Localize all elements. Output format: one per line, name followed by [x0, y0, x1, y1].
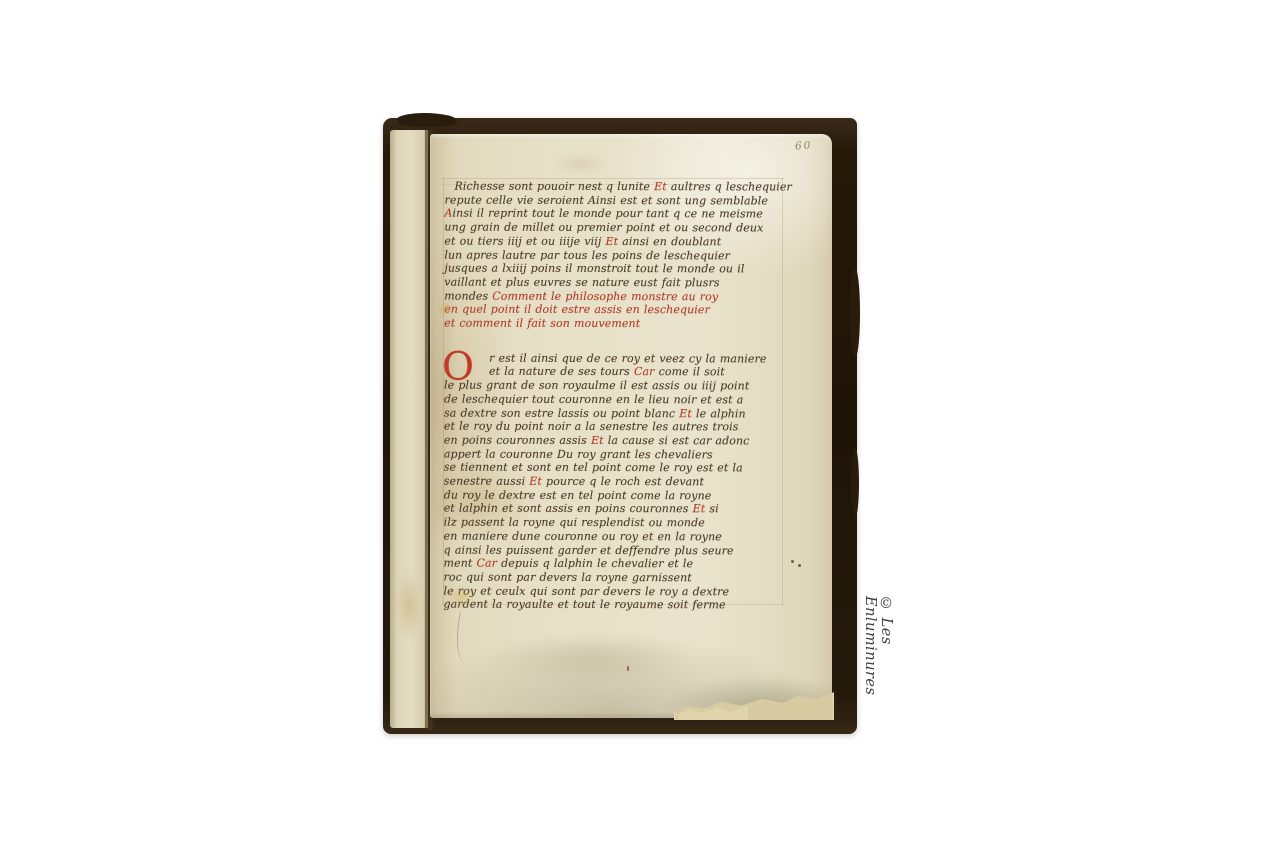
manuscript-line: le roy et ceulx qui sont par devers le r…: [443, 584, 783, 599]
paragraph-2: O r est il ainsi que de ce roy et veez c…: [443, 351, 784, 612]
rubric-text: Et: [693, 503, 706, 516]
ink-dot: [791, 560, 794, 563]
ink-text: ment: [444, 557, 477, 570]
manuscript-line: et comment il fait son mouvement: [444, 317, 784, 332]
ink-text: de leschequier tout couronne en le lieu …: [444, 392, 743, 406]
ink-text: r est il ainsi que de ce roy et veez cy …: [489, 351, 766, 365]
ink-text: ung grain de millet ou premier point et …: [444, 221, 763, 235]
rubric-text: A: [444, 207, 452, 220]
manuscript-line: en quel point il doit estre assis en les…: [444, 303, 784, 318]
ink-text: en poins couronnes assis: [444, 434, 591, 447]
ink-text: depuis q lalphin le chevalier et le: [497, 557, 693, 571]
manuscript-page: 60 Richesse sont pouoir nest q lunite Et…: [430, 134, 832, 718]
rubric-text: en quel point il doit estre assis en les…: [444, 303, 710, 317]
text-block: Richesse sont pouoir nest q lunite Et au…: [443, 180, 784, 613]
ink-text: et ou tiers iiij et ou iiije viij: [444, 234, 605, 247]
ink-text: jusques a lxiiij poins il monstroit tout…: [444, 262, 744, 276]
manuscript-line: et la nature de ses tours Car come il so…: [489, 365, 784, 379]
ink-text: et lalphin et sont assis en poins couron…: [444, 502, 693, 516]
ink-text: ainsi en doublant: [618, 235, 721, 248]
photo-credit: © Les Enluminures: [862, 596, 894, 746]
manuscript-line: et lalphin et sont assis en poins couron…: [444, 502, 784, 517]
manuscript-line: ment Car depuis q lalphin le chevalier e…: [444, 557, 784, 572]
manuscript-line: en maniere dune couronne ou roy et en la…: [444, 529, 784, 544]
manuscript-line: ung grain de millet ou premier point et …: [444, 221, 784, 236]
manuscript-line: appert la couronne Du roy grant les chev…: [444, 447, 784, 462]
ink-text: aultres q leschequier: [667, 180, 792, 193]
page-stain: [396, 570, 422, 640]
ink-text: et la nature de ses tours: [489, 365, 634, 378]
ink-dot: [798, 564, 801, 567]
ink-text: ilz passent la royne qui resplendist ou …: [444, 516, 705, 530]
ink-text: mondes: [444, 289, 492, 302]
rubric-text: Comment le philosophe monstre au roy: [492, 289, 718, 303]
rubric-text: et comment il fait son mouvement: [444, 317, 640, 331]
ink-text: come il soit: [654, 366, 724, 379]
rubric-text: Car: [476, 557, 497, 570]
ink-text: et le roy du point noir a la senestre le…: [444, 420, 739, 434]
manuscript-line: r est il ainsi que de ce roy et veez cy …: [489, 351, 784, 365]
ink-text: la cause si est car adonc: [604, 434, 750, 447]
ink-text: q ainsi les puissent garder et deffendre…: [444, 543, 734, 557]
ink-text: se tiennent et sont en tel point come le…: [444, 461, 743, 475]
page-stain: [490, 634, 690, 684]
manuscript-line: Ainsi il reprint tout le monde pour tant…: [444, 207, 784, 222]
ink-text: le alphin: [692, 407, 746, 420]
ink-text: du roy le dextre est en tel point come l…: [444, 488, 712, 502]
rubric-text: Et: [679, 407, 692, 420]
rubric-text: Et: [591, 434, 604, 447]
torn-corner: [664, 664, 834, 720]
manuscript-line: repute celle vie seroient Ainsi est et s…: [444, 193, 784, 208]
ink-text: gardent la royaulte et tout le royaume s…: [443, 598, 725, 612]
book-cover-edge: [851, 448, 859, 518]
rubric-text: Et: [529, 475, 542, 488]
manuscript-line: en poins couronnes assis Et la cause si …: [444, 434, 784, 449]
ink-text: appert la couronne Du roy grant les chev…: [444, 447, 713, 461]
ink-text: pource q le roch est devant: [542, 475, 704, 488]
manuscript-line: Richesse sont pouoir nest q lunite Et au…: [455, 180, 785, 195]
manuscript-line: q ainsi les puissent garder et deffendre…: [444, 543, 784, 558]
ink-text: lun apres lautre par tous les poins de l…: [444, 248, 730, 262]
book-cover-edge: [850, 268, 860, 358]
rubric-text: Et: [605, 235, 618, 248]
manuscript-line: vaillant et plus euvres se nature eust f…: [444, 275, 784, 290]
book: 60 Richesse sont pouoir nest q lunite Et…: [383, 118, 857, 734]
ink-text: senestre aussi: [444, 475, 530, 488]
ink-text: vaillant et plus euvres se nature eust f…: [444, 275, 719, 289]
manuscript-line: jusques a lxiiij poins il monstroit tout…: [444, 262, 784, 277]
ink-text: Richesse sont pouoir nest q lunite: [455, 180, 655, 194]
folio-number: 60: [794, 139, 812, 152]
manuscript-line: du roy le dextre est en tel point come l…: [444, 488, 784, 503]
paragraph-2-lines: r est il ainsi que de ce roy et veez cy …: [443, 351, 784, 612]
ink-text: roc qui sont par devers la royne garniss…: [444, 571, 692, 585]
red-ink-speck: [627, 666, 629, 671]
manuscript-line: sa dextre son estre lassis ou point blan…: [444, 406, 784, 421]
underlying-page-edge: [390, 130, 428, 728]
pen-flourish: [452, 611, 476, 665]
ink-text: si: [705, 503, 719, 516]
paragraph-1: Richesse sont pouoir nest q lunite Et au…: [444, 180, 784, 332]
ink-text: sa dextre son estre lassis ou point blan…: [444, 406, 679, 420]
manuscript-line: le plus grant de son royaulme il est ass…: [444, 379, 784, 394]
ink-text: insi il reprint tout le monde pour tant …: [453, 207, 763, 221]
ink-text: le plus grant de son royaulme il est ass…: [444, 379, 749, 393]
manuscript-line: gardent la royaulte et tout le royaume s…: [443, 598, 783, 613]
ink-text: repute celle vie seroient Ainsi est et s…: [444, 193, 768, 207]
manuscript-line: de leschequier tout couronne en le lieu …: [444, 392, 784, 407]
ink-text: le roy et ceulx qui sont par devers le r…: [443, 584, 729, 598]
manuscript-line: et ou tiers iiij et ou iiije viij Et ain…: [444, 234, 784, 249]
photo-canvas: 60 Richesse sont pouoir nest q lunite Et…: [0, 0, 1280, 860]
rubric-text: Et: [654, 180, 667, 193]
page-stain: [550, 154, 610, 174]
manuscript-line: ilz passent la royne qui resplendist ou …: [444, 516, 784, 531]
ink-text: en maniere dune couronne ou roy et en la…: [444, 529, 722, 543]
manuscript-line: lun apres lautre par tous les poins de l…: [444, 248, 784, 263]
manuscript-line: et le roy du point noir a la senestre le…: [444, 420, 784, 435]
manuscript-line: mondes Comment le philosophe monstre au …: [444, 289, 784, 304]
book-spine-edge: [397, 113, 457, 127]
manuscript-line: roc qui sont par devers la royne garniss…: [444, 571, 784, 586]
rubric-text: Car: [634, 365, 655, 378]
manuscript-line: senestre aussi Et pource q le roch est d…: [444, 475, 784, 490]
manuscript-line: se tiennent et sont en tel point come le…: [444, 461, 784, 476]
initial-letter-O: O: [442, 352, 474, 381]
